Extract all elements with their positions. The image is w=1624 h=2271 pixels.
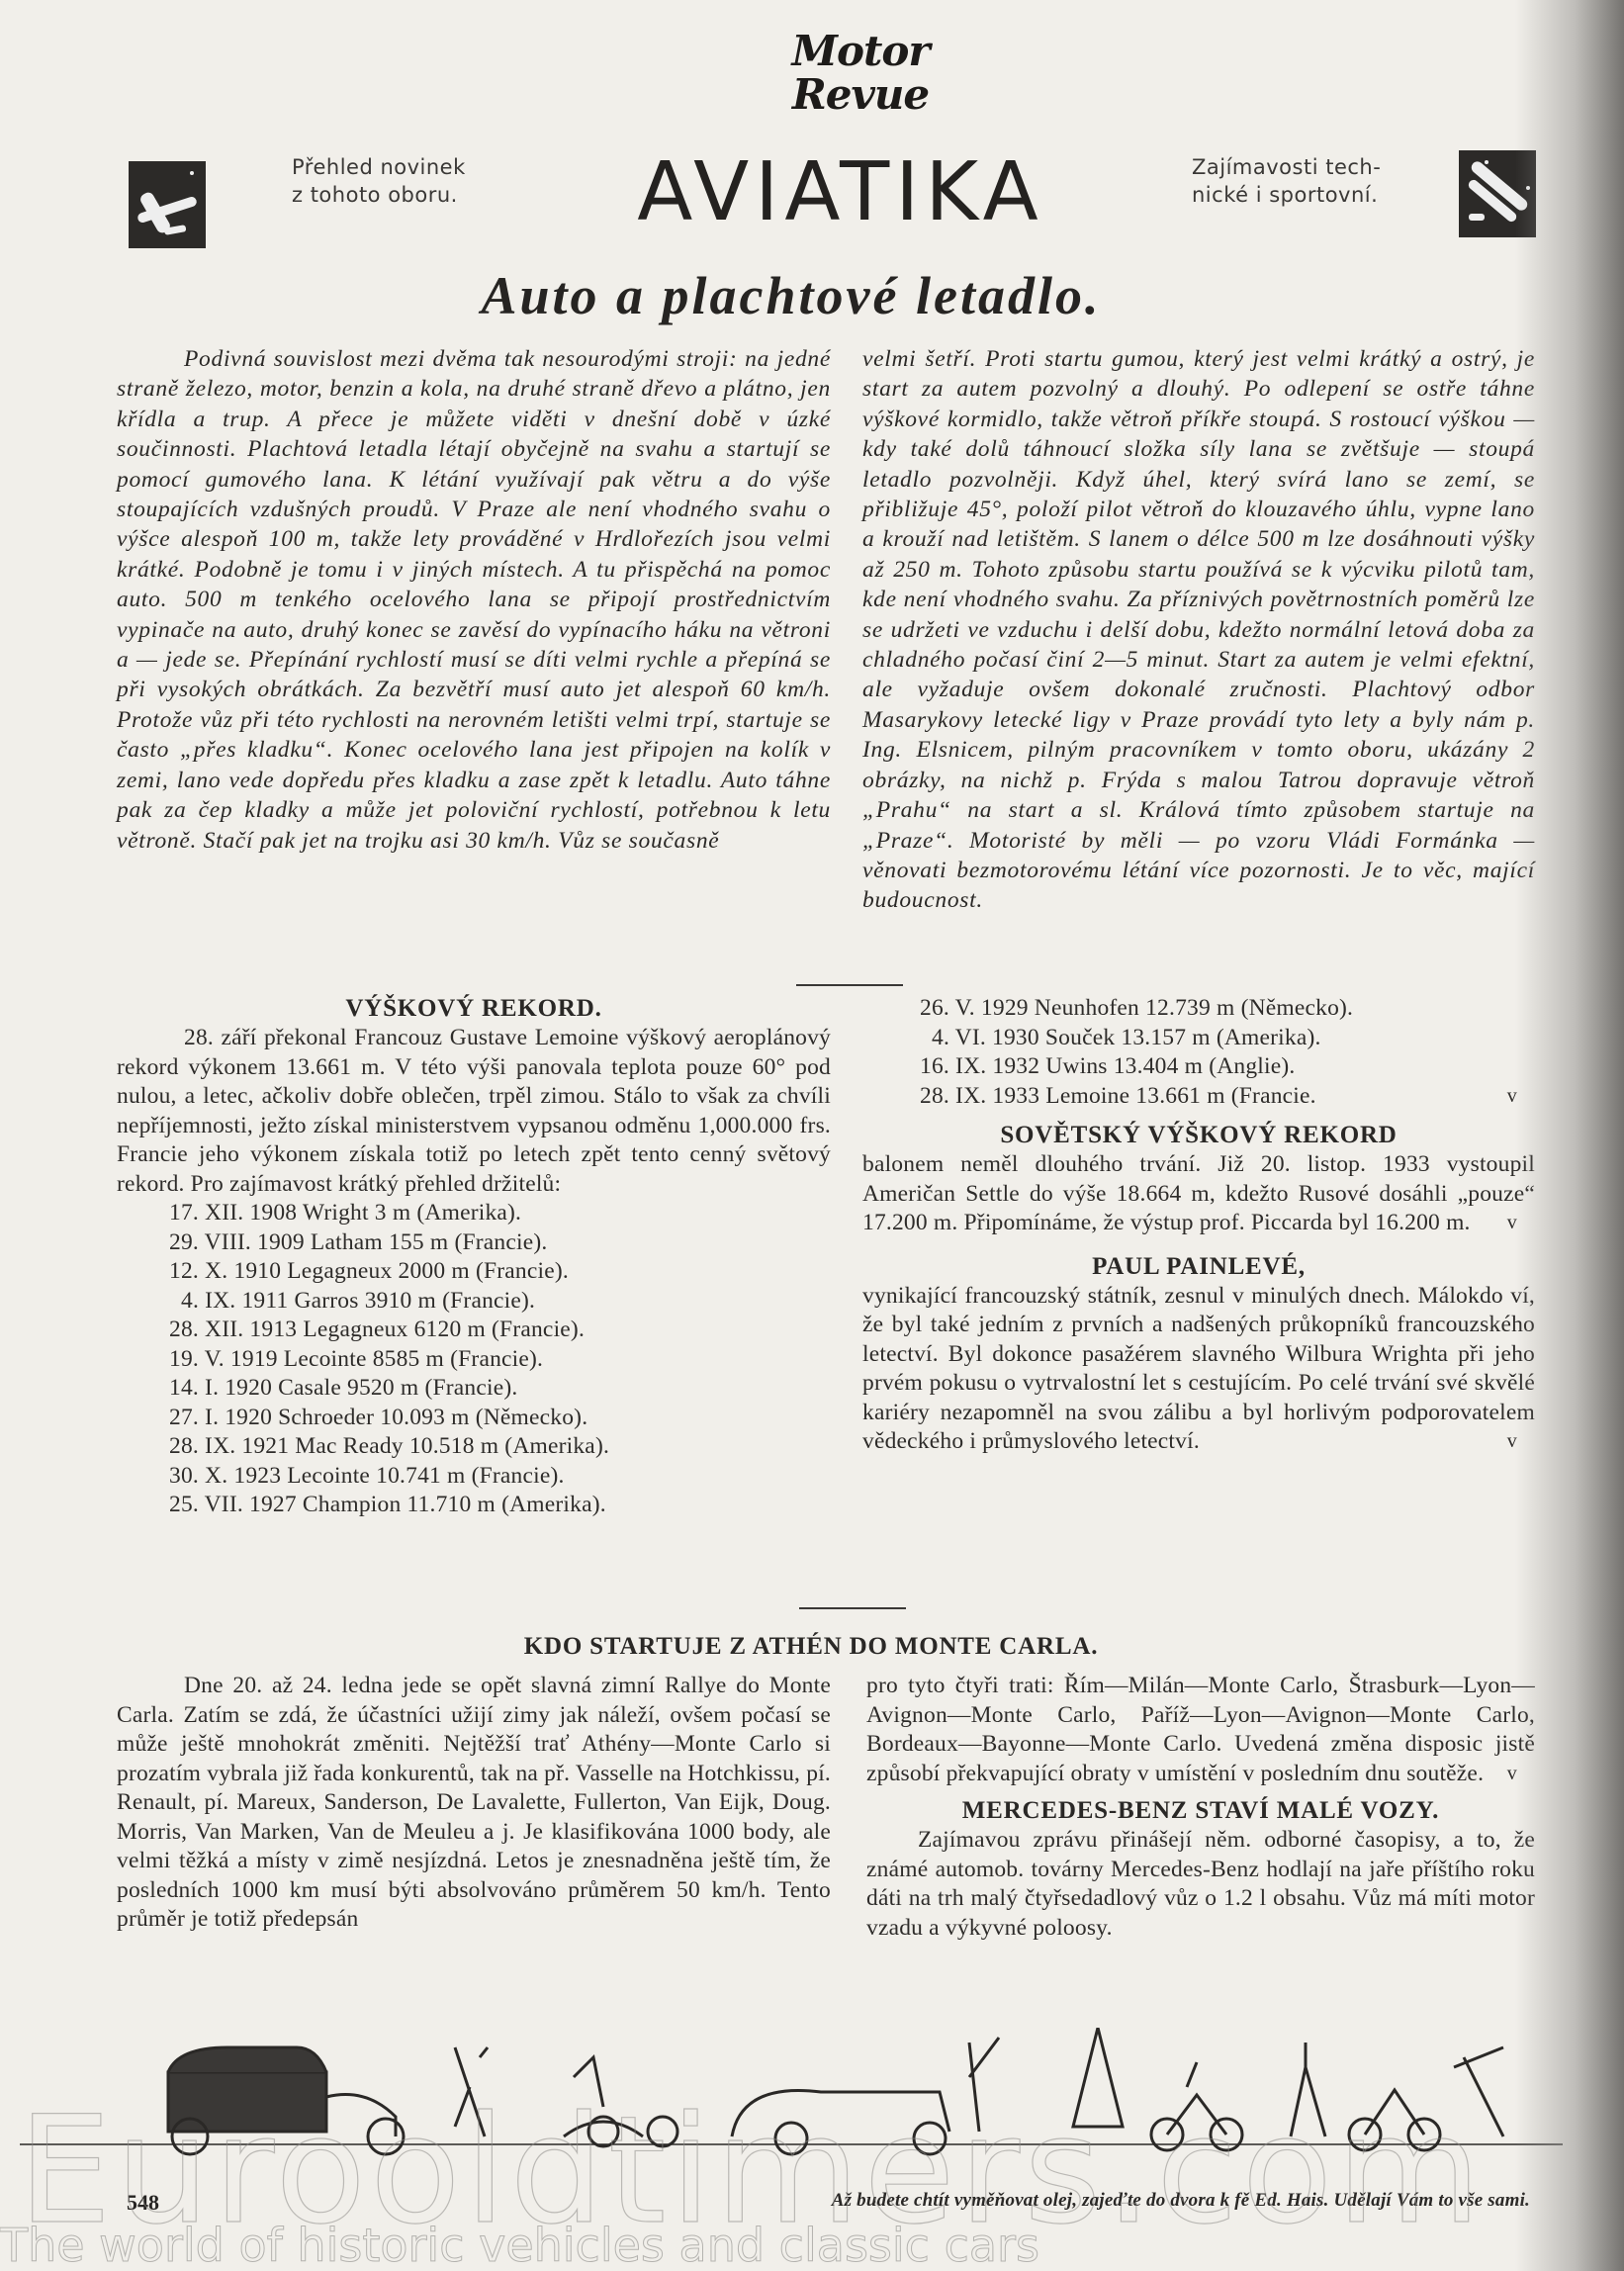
monte-carlo-column-2: pro tyto čtyři trati: Řím—Milán—Monte Ca… — [866, 1672, 1535, 1943]
soviet-record-body: balonem neměl dlouhého trvání. Již 20. l… — [862, 1150, 1535, 1238]
painleve-body: vynikající francouzský státník, zesnul v… — [862, 1282, 1535, 1457]
article-title: Auto a plachtové letadlo. — [297, 265, 1286, 326]
article-paragraph: Podivná souvislost mezi dvěma tak nesour… — [117, 344, 831, 856]
record-row: 16. IX. 1932 Uwins 13.404 m (Anglie). — [920, 1052, 1535, 1082]
end-mark: v — [1507, 1209, 1517, 1238]
biplane-left-icon — [129, 161, 206, 248]
height-record-headline: VÝŠKOVÝ REKORD. — [117, 994, 831, 1024]
mercedes-body: Zajímavou zprávu přinášejí něm. odborné … — [866, 1826, 1535, 1943]
article-paragraph: velmi šetří. Proti startu gumou, který j… — [862, 344, 1535, 916]
record-row: 19. V. 1919 Lecointe 8585 m (Francie). — [169, 1345, 831, 1375]
section-divider — [796, 984, 903, 986]
article-column-2: velmi šetří. Proti startu gumou, který j… — [862, 344, 1535, 916]
monte-carlo-body: Dne 20. až 24. ledna jede se opět slavná… — [117, 1672, 831, 1935]
painleve-headline: PAUL PAINLEVÉ, — [862, 1252, 1535, 1282]
tagline-left: Přehled novinek z tohoto oboru. — [292, 153, 466, 209]
article-column-1: Podivná souvislost mezi dvěma tak nesour… — [117, 344, 831, 856]
record-row: 4. VI. 1930 Souček 13.157 m (Amerika). — [920, 1024, 1535, 1053]
record-holders-list-part-1: 17. XII. 1908 Wright 3 m (Amerika). 29. … — [117, 1199, 831, 1520]
tagline-right: Zajímavosti tech- nické i sportovní. — [1192, 153, 1381, 209]
logo-line-2: Revue — [762, 73, 959, 117]
record-row: 14. I. 1920 Casale 9520 m (Francie). — [169, 1374, 831, 1404]
logo-line-1: Motor — [762, 30, 959, 73]
record-row: 30. X. 1923 Lecointe 10.741 m (Francie). — [169, 1462, 831, 1492]
record-row: 17. XII. 1908 Wright 3 m (Amerika). — [169, 1199, 831, 1228]
right-column-news: 26. V. 1929 Neunhofen 12.739 m (Německo)… — [862, 994, 1535, 1457]
section-title: AVIATIKA — [534, 148, 1147, 237]
record-row: 27. I. 1920 Schroeder 10.093 m (Německo)… — [169, 1404, 831, 1433]
height-record-section: VÝŠKOVÝ REKORD. 28. září překonal Franco… — [117, 994, 831, 1520]
height-record-body: 28. září překonal Francouz Gustave Lemoi… — [117, 1024, 831, 1199]
record-row: 25. VII. 1927 Champion 11.710 m (Amerika… — [169, 1491, 831, 1520]
section-divider — [799, 1607, 906, 1609]
record-row: 12. X. 1910 Legagneux 2000 m (Francie). — [169, 1257, 831, 1287]
record-row: 26. V. 1929 Neunhofen 12.739 m (Německo)… — [920, 994, 1535, 1024]
record-row: 28. XII. 1913 Legagneux 6120 m (Francie)… — [169, 1316, 831, 1345]
motor-revue-logo: Motor Revue — [762, 30, 959, 117]
biplane-right-icon — [1459, 150, 1536, 237]
mercedes-headline: MERCEDES-BENZ STAVÍ MALÉ VOZY. — [866, 1796, 1535, 1826]
end-mark: v — [1507, 1760, 1517, 1789]
biplane-icon — [129, 161, 206, 248]
record-row: 4. IX. 1911 Garros 3910 m (Francie). — [169, 1287, 831, 1317]
record-row: 28. IX. 1933 Lemoine 13.661 m (Francie.v — [920, 1082, 1535, 1112]
monte-carlo-body-cont: pro tyto čtyři trati: Řím—Milán—Monte Ca… — [866, 1672, 1535, 1788]
record-row: 29. VIII. 1909 Latham 155 m (Francie). — [169, 1228, 831, 1258]
watermark-tagline: The world of historic vehicles and class… — [0, 2221, 1039, 2270]
biplane-icon — [1459, 150, 1536, 237]
record-row: 28. IX. 1921 Mac Ready 10.518 m (Amerika… — [169, 1432, 831, 1462]
end-mark: v — [1507, 1427, 1517, 1457]
monte-carlo-headline: KDO STARTUJE Z ATHÉN DO MONTE CARLA. — [297, 1632, 1325, 1662]
monte-carlo-column-1: Dne 20. až 24. ledna jede se opět slavná… — [117, 1672, 831, 1935]
end-mark: v — [1507, 1082, 1517, 1112]
record-holders-list-part-2: 26. V. 1929 Neunhofen 12.739 m (Německo)… — [862, 994, 1535, 1111]
soviet-record-headline: SOVĚTSKÝ VÝŠKOVÝ REKORD — [862, 1121, 1535, 1150]
